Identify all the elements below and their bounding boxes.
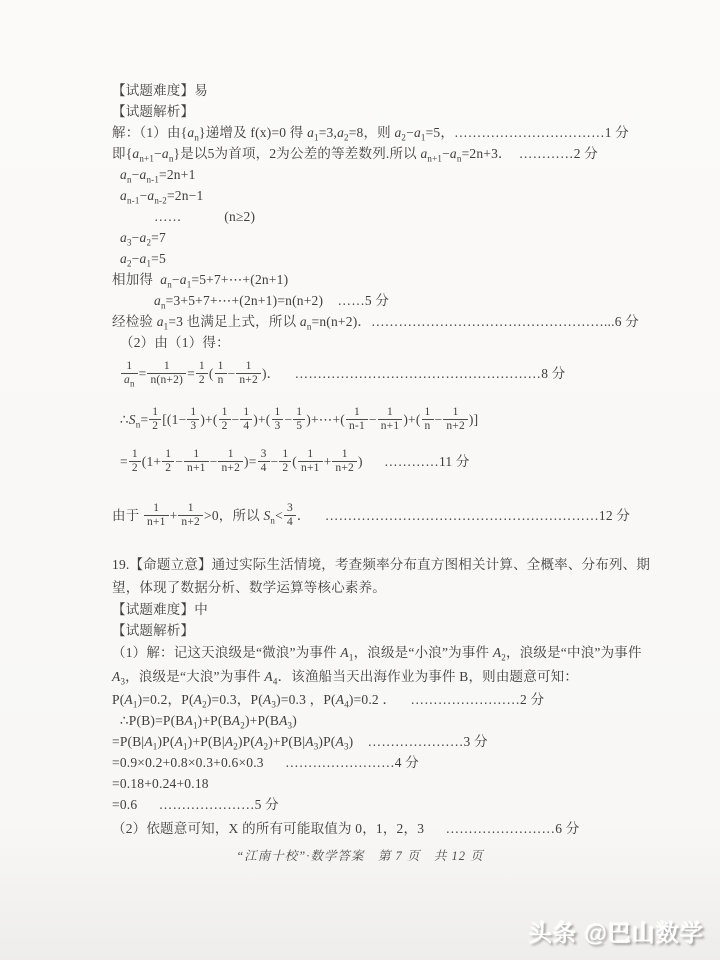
answer-line-6: an-1−an-2=2n−1 (120, 185, 652, 206)
answer-line-7: …… (n≥2) (154, 206, 652, 227)
page: { "page": { "background": "#f8f7f5", "te… (0, 0, 720, 960)
answer-line-18: 19.【命题立意】通过实际生活情境，考查频率分布直方图相关计算、全概率、分布列、… (112, 553, 652, 599)
answer-line-20: 【试题解析】 (112, 620, 652, 641)
answer-line-9: a2−a1=5 (120, 248, 652, 269)
answer-line-2: 【试题解析】 (112, 101, 652, 122)
answer-sheet: 【试题难度】易【试题解析】解：（1）由{an}递增及 f(x)=0 得 a1=3… (0, 0, 720, 960)
answer-line-13: （2）由（1）得： (120, 332, 652, 353)
answer-line-12: 经检验 a1=3 也满足上式，所以 an=n(n+2)．………………………………… (112, 311, 652, 332)
footer-text: “江南十校”·数学答案 第 7 页 共 12 页 (236, 849, 483, 863)
answer-line-15: ∴Sn=12[(1−13)+(12−14)+(13−15)+⋯+(1n-1−1n… (120, 399, 652, 441)
answer-line-19: 【试题难度】中 (112, 599, 652, 620)
answer-line-24: =P(B|A1)P(A1)+P(B|A2)P(A2)+P(B|A3)P(A3) … (112, 731, 652, 752)
answer-line-10: 相加得 an−a1=5+7+⋯+(2n+1) (112, 269, 652, 290)
answer-line-21: （1）解：记这天浪级是“微浪”为事件 A1，浪级是“小浪”为事件 A2，浪级是“… (112, 641, 652, 689)
watermark-text: 头条 @巴山数学 (529, 915, 704, 948)
answer-line-5: an−an-1=2n+1 (120, 164, 652, 185)
answer-line-17: 由于 1n+1+1n+2>0，所以 Sn<34． ………………………………………… (112, 495, 652, 537)
answer-line-27: =0.6 …………………5 分 (112, 794, 652, 815)
answer-line-22: P(A1)=0.2，P(A2)=0.3，P(A3)=0.3 ，P(A4)=0.2… (112, 689, 652, 710)
answer-line-4: 即{an+1−an}是以5为首项，2为公差的等差数列.所以 an+1−an=2n… (112, 143, 652, 164)
answer-line-14: 1an=1n(n+2)=12(1n−1n+2)． ………………………………………… (120, 353, 652, 395)
page-footer: “江南十校”·数学答案 第 7 页 共 12 页 (0, 846, 720, 864)
answer-line-8: a3−a2=7 (120, 227, 652, 248)
answer-line-11: an=3+5+7+⋯+(2n+1)=n(n+2) ……5 分 (154, 290, 652, 311)
answer-line-23: ∴P(B)=P(BA1)+P(BA2)+P(BA3) (120, 710, 652, 731)
answer-line-28: （2）依题意可知，X 的所有可能取值为 0，1，2，3 ……………………6 分 (112, 818, 652, 839)
answer-line-1: 【试题难度】易 (112, 80, 652, 101)
answer-line-26: =0.18+0.24+0.18 (112, 773, 652, 794)
answer-lines: 【试题难度】易【试题解析】解：（1）由{an}递增及 f(x)=0 得 a1=3… (0, 0, 720, 839)
answer-line-3: 解：（1）由{an}递增及 f(x)=0 得 a1=3,a2=8，则 a2−a1… (112, 122, 652, 143)
answer-line-25: =0.9×0.2+0.8×0.3+0.6×0.3 ……………………4 分 (112, 752, 652, 773)
answer-line-16: =12(1+12−1n+1−1n+2)=34−12(1n+1+1n+2) ………… (120, 441, 652, 483)
